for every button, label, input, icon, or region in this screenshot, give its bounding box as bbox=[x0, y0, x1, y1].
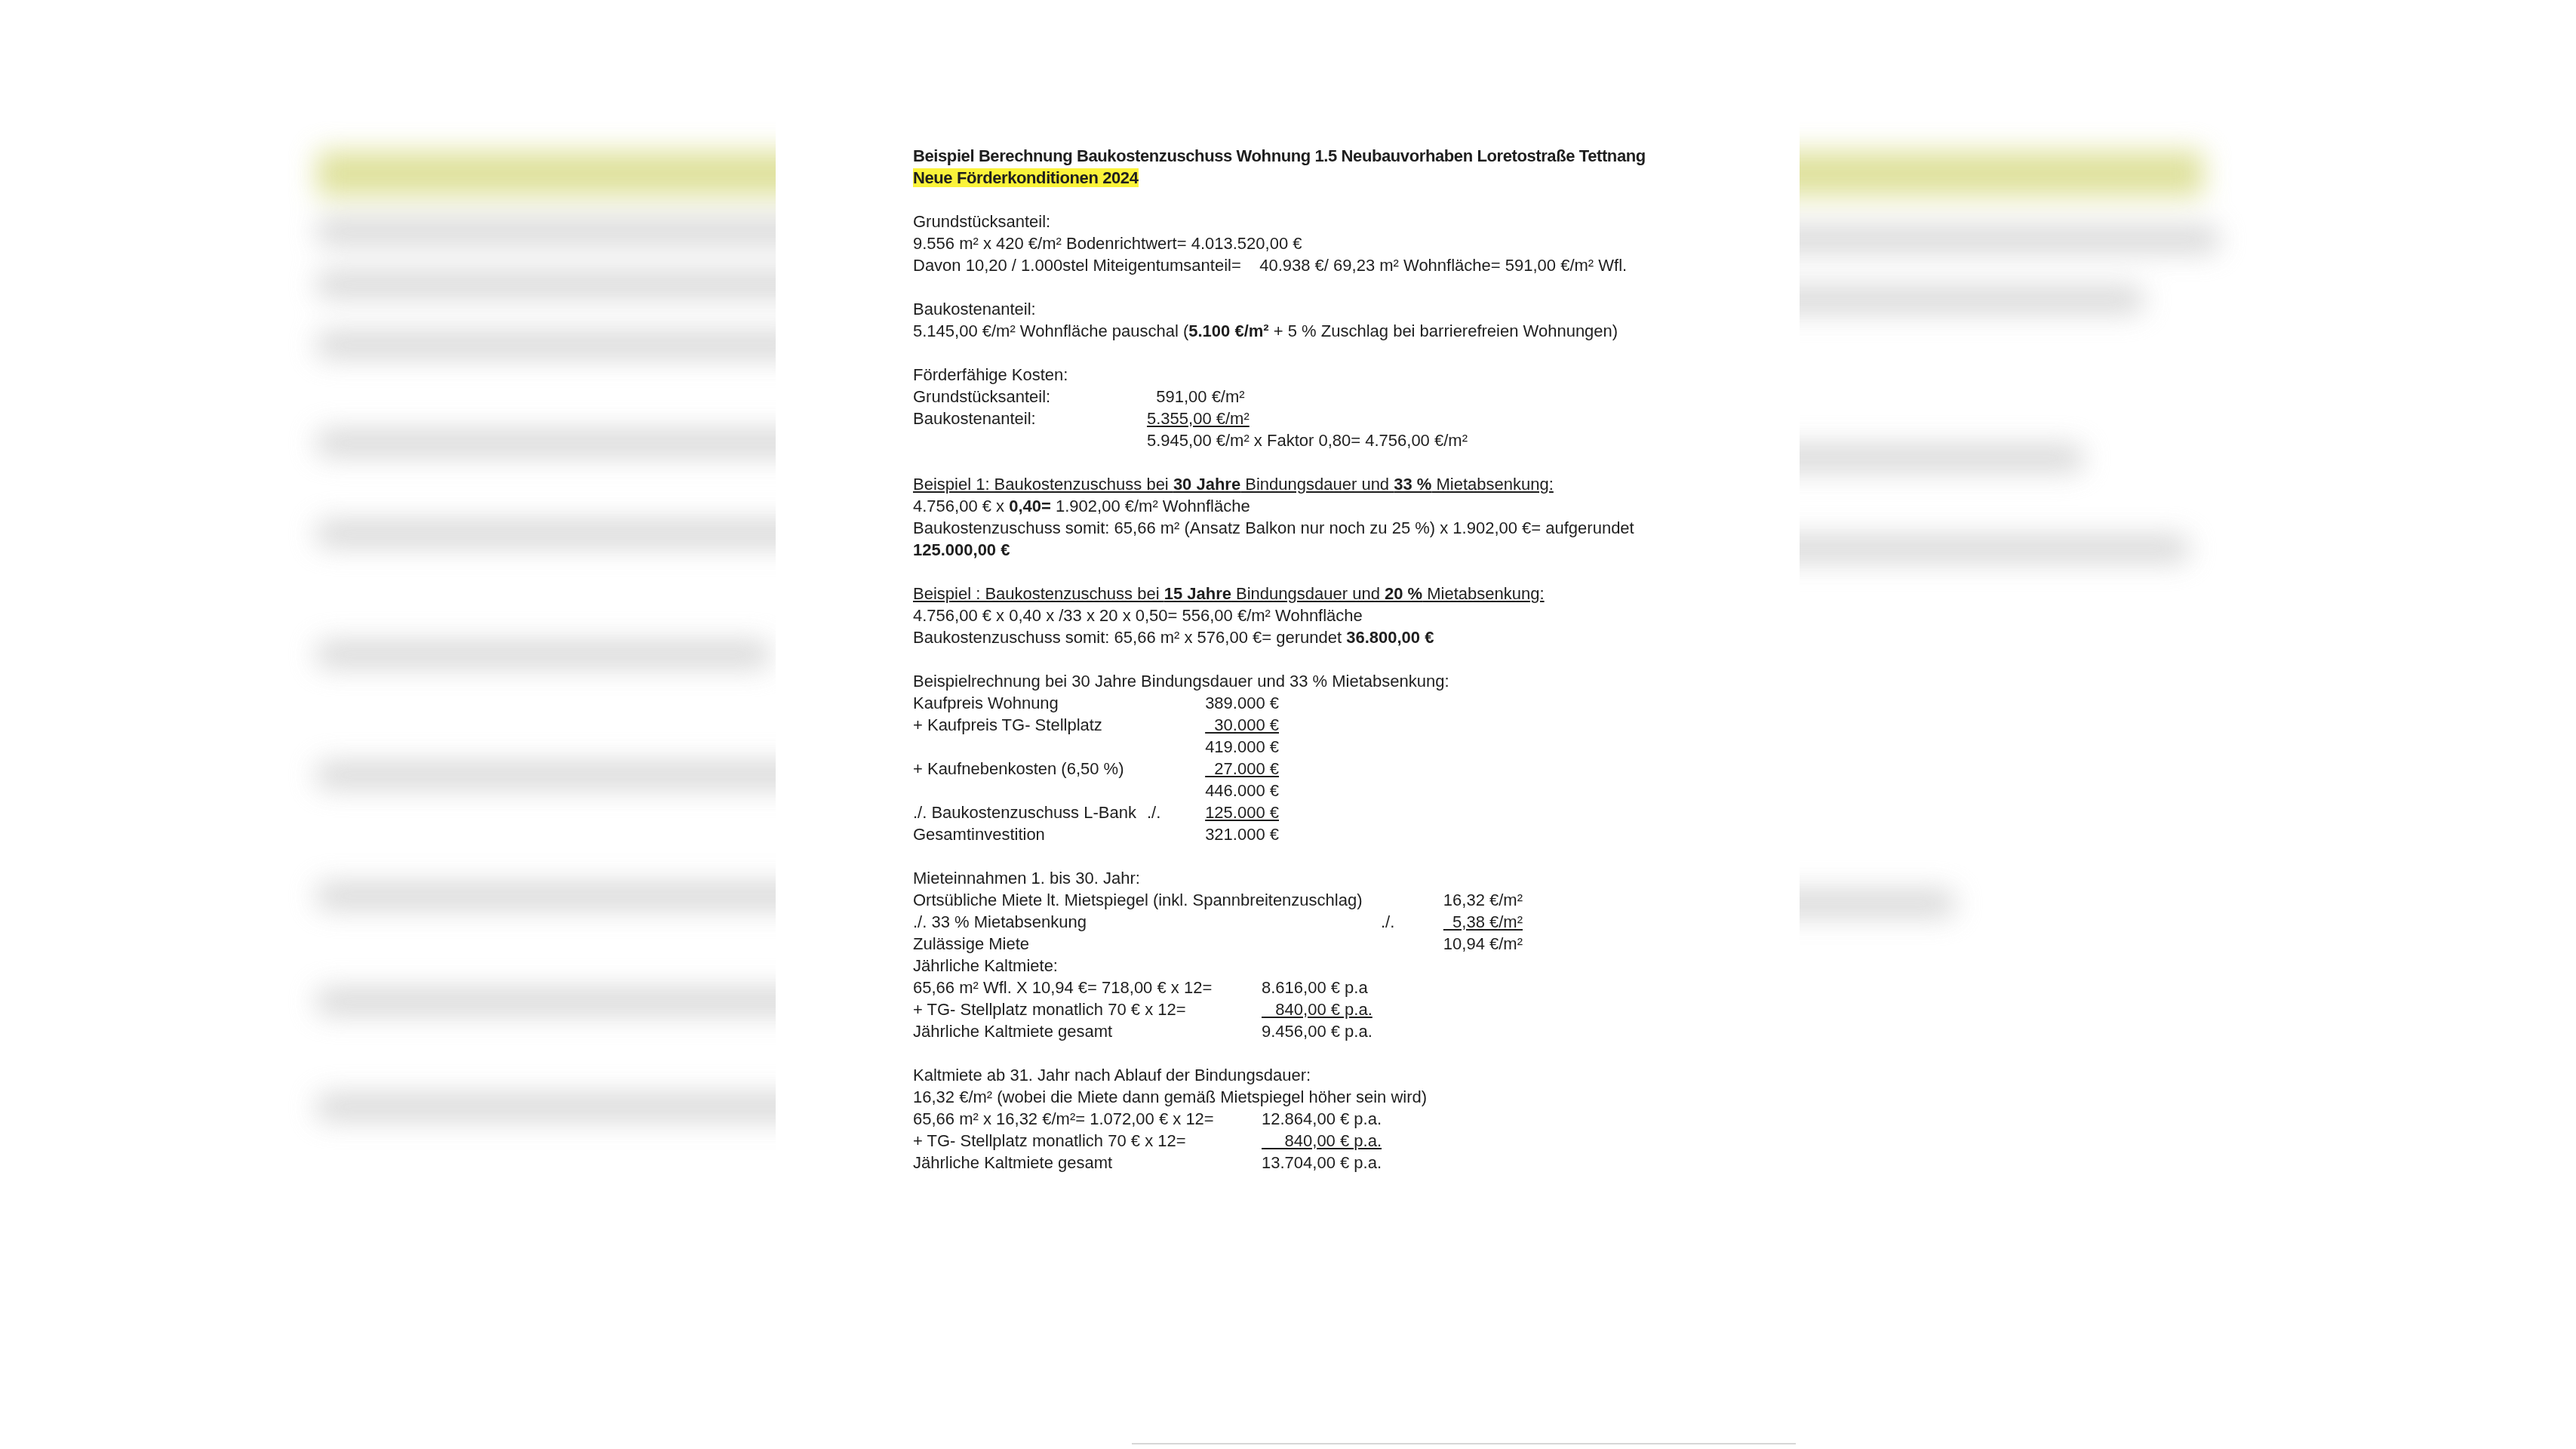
heading-bold-years: 30 Jahre bbox=[1173, 475, 1240, 494]
beispiel2-line-1: 4.756,00 € x 0,40 x /33 x 20 x 0,50= 556… bbox=[913, 605, 1781, 626]
row-label: Baukostenanteil: bbox=[913, 408, 1036, 429]
text: 4.756,00 € x bbox=[913, 497, 1009, 515]
kaltmiete-31-rows: 65,66 m² x 16,32 €/m²= 1.072,00 € x 12=1… bbox=[913, 1108, 1781, 1174]
baukosten-line: 5.145,00 €/m² Wohnfläche pauschal (5.100… bbox=[913, 320, 1781, 342]
heading-text: Beispiel 1: Baukostenzuschuss bei bbox=[913, 475, 1173, 494]
row-value: 27.000 € bbox=[913, 758, 1279, 780]
row-label: Jährliche Kaltmiete gesamt bbox=[913, 1020, 1112, 1042]
heading-bold-percent: 33 % bbox=[1394, 475, 1431, 494]
row-label: + TG- Stellplatz monatlich 70 € x 12= bbox=[913, 998, 1186, 1020]
kaufpreis-row: 446.000 € bbox=[913, 780, 1781, 801]
row-value: 13.704,00 € p.a. bbox=[1262, 1152, 1382, 1174]
kaufpreis-row: + Kaufpreis TG- Stellplatz 30.000 € bbox=[913, 714, 1781, 736]
baukosten-bold-value: 5.100 €/m² bbox=[1188, 321, 1268, 340]
row-value: 840,00 € p.a. bbox=[1262, 998, 1373, 1020]
mieteinnahmen-heading: Mieteinnahmen 1. bis 30. Jahr: bbox=[913, 867, 1781, 889]
kaufpreis-row: Kaufpreis Wohnung389.000 € bbox=[913, 692, 1781, 714]
kaltmiete-31-note: 16,32 €/m² (wobei die Miete dann gemäß M… bbox=[913, 1086, 1781, 1108]
row-value: 446.000 € bbox=[913, 780, 1279, 801]
kaufpreis-row: ./. Baukostenzuschuss L-Bank./.125.000 € bbox=[913, 801, 1781, 823]
row-value: 12.864,00 € p.a. bbox=[1262, 1108, 1382, 1130]
row-value: 16,32 €/m² bbox=[913, 889, 1523, 911]
rent-row: Zulässige Miete10,94 €/m² bbox=[913, 933, 1781, 955]
beispiel1-result: 125.000,00 € bbox=[913, 539, 1781, 561]
heading-text: Bindungsdauer und bbox=[1240, 475, 1394, 494]
row-label: + TG- Stellplatz monatlich 70 € x 12= bbox=[913, 1130, 1186, 1152]
foerder-row: Baukostenanteil:5.355,00 €/m² bbox=[913, 408, 1781, 429]
kaltmiete-subheading: Jährliche Kaltmiete: bbox=[913, 955, 1781, 977]
kaltmiete-31-heading: Kaltmiete ab 31. Jahr nach Ablauf der Bi… bbox=[913, 1064, 1781, 1086]
row-value: 419.000 € bbox=[913, 736, 1279, 758]
text: Baukostenzuschuss somit: 65,66 m² x 576,… bbox=[913, 628, 1346, 647]
heading-text: Beispiel : Baukostenzuschuss bei bbox=[913, 584, 1164, 603]
row-value: 9.456,00 € p.a. bbox=[1262, 1020, 1373, 1042]
kaltmiete-row: Jährliche Kaltmiete gesamt9.456,00 € p.a… bbox=[913, 1020, 1781, 1042]
text: 1.902,00 €/m² Wohnfläche bbox=[1051, 497, 1250, 515]
kaufpreis-row: + Kaufnebenkosten (6,50 %) 27.000 € bbox=[913, 758, 1781, 780]
row-value: 321.000 € bbox=[913, 823, 1279, 845]
row-label: Grundstücksanteil: bbox=[913, 386, 1050, 408]
row-value: 840,00 € p.a. bbox=[1262, 1130, 1382, 1152]
kaltmiete-row: 65,66 m² Wfl. X 10,94 €= 718,00 € x 12=8… bbox=[913, 977, 1781, 998]
section-heading-baukostenanteil: Baukostenanteil: bbox=[913, 298, 1781, 320]
row-value: 5,38 €/m² bbox=[913, 911, 1523, 933]
row-value: 5.945,00 €/m² x Faktor 0,80= 4.756,00 €/… bbox=[1147, 429, 1468, 451]
row-value: 30.000 € bbox=[913, 714, 1279, 736]
heading-bold-percent: 20 % bbox=[1385, 584, 1422, 603]
beispiel1-heading: Beispiel 1: Baukostenzuschuss bei 30 Jah… bbox=[913, 473, 1781, 495]
row-value: 10,94 €/m² bbox=[913, 933, 1523, 955]
row-value: 125.000 € bbox=[913, 801, 1279, 823]
baukosten-text: 5.145,00 €/m² Wohnfläche pauschal ( bbox=[913, 321, 1188, 340]
rent-row: Ortsübliche Miete lt. Mietspiegel (inkl.… bbox=[913, 889, 1781, 911]
kaltmiete-31-row: Jährliche Kaltmiete gesamt13.704,00 € p.… bbox=[913, 1152, 1781, 1174]
foerder-row: 5.945,00 €/m² x Faktor 0,80= 4.756,00 €/… bbox=[913, 429, 1781, 451]
heading-text: Mietabsenkung: bbox=[1422, 584, 1544, 603]
row-value: 389.000 € bbox=[913, 692, 1279, 714]
foerderfaehige-kosten-rows: Grundstücksanteil: 591,00 €/m²Baukostena… bbox=[913, 386, 1781, 451]
grundstueck-line-1: 9.556 m² x 420 €/m² Bodenrichtwert= 4.01… bbox=[913, 232, 1781, 254]
document-title: Beispiel Berechnung Baukostenzuschuss Wo… bbox=[913, 145, 1781, 167]
bold-factor: 0,40= bbox=[1009, 497, 1051, 515]
section-heading-foerderfaehige-kosten: Förderfähige Kosten: bbox=[913, 364, 1781, 386]
kaufpreis-row: 419.000 € bbox=[913, 736, 1781, 758]
beispiel1-line-2: Baukostenzuschuss somit: 65,66 m² (Ansat… bbox=[913, 517, 1781, 539]
row-value: 591,00 €/m² bbox=[1147, 386, 1245, 408]
beispiel2-heading: Beispiel : Baukostenzuschuss bei 15 Jahr… bbox=[913, 583, 1781, 605]
beispiel1-line-1: 4.756,00 € x 0,40= 1.902,00 €/m² Wohnflä… bbox=[913, 495, 1781, 517]
rent-row: ./. 33 % Mietabsenkung./. 5,38 €/m² bbox=[913, 911, 1781, 933]
kaltmiete-rows: 65,66 m² Wfl. X 10,94 €= 718,00 € x 12=8… bbox=[913, 977, 1781, 1042]
row-label: 65,66 m² Wfl. X 10,94 €= 718,00 € x 12= bbox=[913, 977, 1212, 998]
heading-text: Mietabsenkung: bbox=[1431, 475, 1553, 494]
baukosten-text-post: + 5 % Zuschlag bei barrierefreien Wohnun… bbox=[1269, 321, 1618, 340]
beispielrechnung-rows: Kaufpreis Wohnung389.000 €+ Kaufpreis TG… bbox=[913, 692, 1781, 845]
row-label: 65,66 m² x 16,32 €/m²= 1.072,00 € x 12= bbox=[913, 1108, 1214, 1130]
section-heading-grundstuecksanteil: Grundstücksanteil: bbox=[913, 211, 1781, 232]
kaltmiete-31-row: 65,66 m² x 16,32 €/m²= 1.072,00 € x 12=1… bbox=[913, 1108, 1781, 1130]
foerder-row: Grundstücksanteil: 591,00 €/m² bbox=[913, 386, 1781, 408]
kaltmiete-31-row: + TG- Stellplatz monatlich 70 € x 12= 84… bbox=[913, 1130, 1781, 1152]
highlighted-subtitle: Neue Förderkonditionen 2024 bbox=[913, 168, 1139, 187]
kaltmiete-row: + TG- Stellplatz monatlich 70 € x 12= 84… bbox=[913, 998, 1781, 1020]
grundstueck-line-2: Davon 10,20 / 1.000stel Miteigentumsante… bbox=[913, 254, 1781, 276]
row-value: 5.355,00 €/m² bbox=[1147, 408, 1250, 429]
beispielrechnung-heading: Beispielrechnung bei 30 Jahre Bindungsda… bbox=[913, 670, 1781, 692]
heading-text: Bindungsdauer und bbox=[1231, 584, 1385, 603]
heading-bold-years: 15 Jahre bbox=[1164, 584, 1231, 603]
document-content: Beispiel Berechnung Baukostenzuschuss Wo… bbox=[913, 145, 1781, 1174]
beispiel2-result: 36.800,00 € bbox=[1346, 628, 1434, 647]
row-label: Jährliche Kaltmiete gesamt bbox=[913, 1152, 1112, 1174]
page-bottom-edge bbox=[1132, 1443, 1796, 1444]
beispiel2-line-2: Baukostenzuschuss somit: 65,66 m² x 576,… bbox=[913, 626, 1781, 648]
row-value: 8.616,00 € p.a bbox=[1262, 977, 1368, 998]
rent-rows: Ortsübliche Miete lt. Mietspiegel (inkl.… bbox=[913, 889, 1781, 955]
kaufpreis-row: Gesamtinvestition321.000 € bbox=[913, 823, 1781, 845]
